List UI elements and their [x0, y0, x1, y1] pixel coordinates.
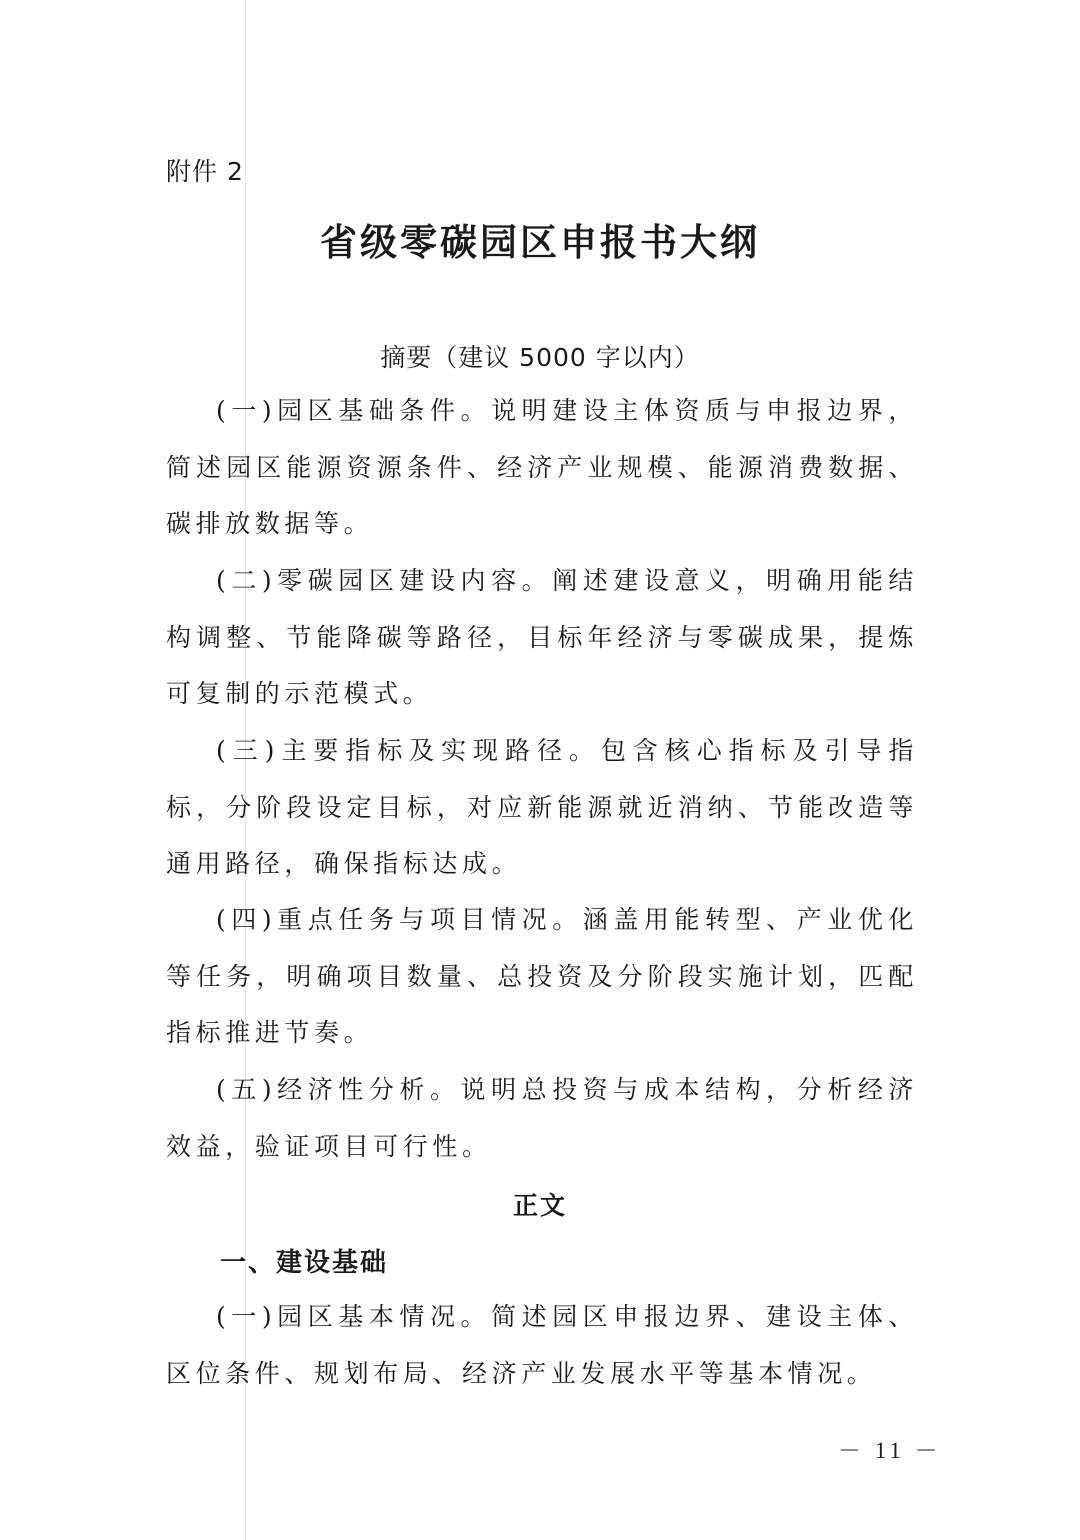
abstract-item-lead: (三)主要指标及实现路径。 [216, 736, 601, 765]
abstract-heading: 摘要（建议 5000 字以内） [0, 338, 1080, 374]
abstract-item-lead: (四)重点任务与项目情况。 [216, 905, 583, 934]
section-heading: 一、建设基础 [220, 1242, 388, 1279]
abstract-item-lead: (五)经济性分析。 [216, 1075, 461, 1104]
section-item-1: (一)园区基本情况。简述园区申报边界、建设主体、区位条件、规划布局、经济产业发展… [166, 1289, 918, 1402]
abstract-item-lead: (一)园区基础条件。 [216, 396, 491, 425]
abstract-item-1: (一)园区基础条件。说明建设主体资质与申报边界，简述园区能源资源条件、经济产业规… [166, 383, 918, 553]
document-title: 省级零碳园区申报书大纲 [0, 212, 1080, 266]
section-item-lead: (一)园区基本情况。 [216, 1302, 491, 1331]
main-body-heading: 正文 [0, 1186, 1080, 1222]
abstract-item-5: (五)经济性分析。说明总投资与成本结构，分析经济效益，验证项目可行性。 [166, 1062, 918, 1175]
page-number: － 11 － [838, 1432, 942, 1465]
abstract-item-3: (三)主要指标及实现路径。包含核心指标及引导指标，分阶段设定目标，对应新能源就近… [166, 723, 918, 893]
attachment-label: 附件 2 [166, 152, 244, 188]
abstract-item-4: (四)重点任务与项目情况。涵盖用能转型、产业优化等任务，明确项目数量、总投资及分… [166, 892, 918, 1062]
abstract-item-2: (二)零碳园区建设内容。阐述建设意义，明确用能结构调整、节能降碳等路径，目标年经… [166, 553, 918, 723]
abstract-item-lead: (二)零碳园区建设内容。 [216, 566, 552, 595]
